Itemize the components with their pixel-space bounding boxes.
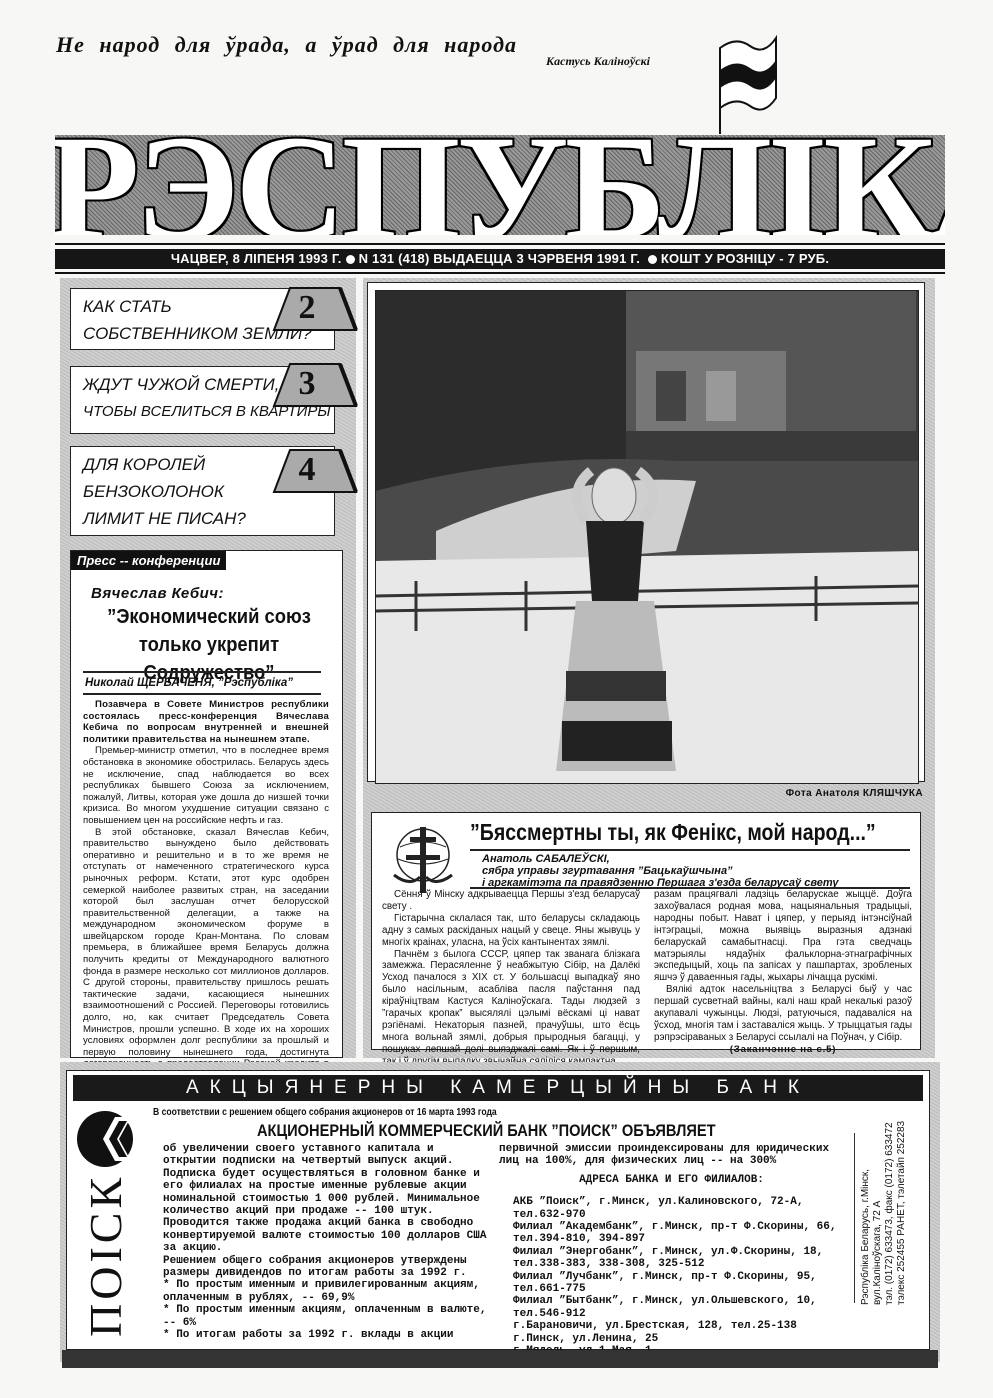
divider [470,849,910,851]
bullet-icon [346,255,355,264]
poisk-logo: ПОІСК [75,1107,139,1339]
bank-logo-icon [75,1107,139,1171]
front-photo [375,290,919,784]
address-item: АКБ ”Поиск”, г.Минск, ул.Калиновского, 7… [499,1196,844,1221]
article-column-1: Сёння ў Мінску адкрываецца Першы з'езд б… [382,889,640,1068]
article-headline: ”Бяссмертны ты, як Фенікс, мой народ...” [470,819,876,846]
issue-number: N 131 (418) ВЫДАЕЦЦА 3 ЧЭРВЕНЯ 1991 Г. [359,251,640,266]
congress-article-frame: ”Бяссмертны ты, як Фенікс, мой народ...”… [363,808,935,1058]
logo-wordmark: ПОІСК [79,1174,132,1337]
address-item: г.Пинск, ул.Ленина, 25 [499,1333,844,1345]
divider [83,693,321,695]
ad-banner: АКЦЫЯНЕРНЫ КАМЕРЦЫЙНЫ БАНК [73,1075,923,1101]
divider [83,671,321,673]
page-number: 4 [299,451,316,489]
congress-emblem-icon [380,817,466,897]
ad-paragraph: Решением общего собрания акционеров утве… [149,1255,489,1267]
paragraph: Вялікі адток насельніцтва з Беларусі быў… [654,984,912,1044]
contact-line: Рэспубліка Беларусь, г.Мінск, [860,1121,872,1305]
paragraph: Премьер-министр отметил, что в последнее… [83,745,329,826]
article-body: Позавчера в Совете Министров республики … [83,699,329,1116]
paragraph: Пачнём з былога СССР, цяпер так званага … [382,949,640,1068]
address-item: Филиал ”Лучбанк”, г.Минск, пр-т Ф.Скорин… [499,1271,844,1296]
masthead-banner: РЭСПУБЛІКА [55,135,945,235]
article-column-2: разам працягвалі ладзіць беларускае жыцц… [654,889,912,1056]
issue-date: ЧАЦВЕР, 8 ЛІПЕНЯ 1993 Г. [171,251,342,266]
author-role: сябра управы згуртавання ”Бацькаўшчына” [482,865,838,877]
section-label: Пресс -- конференции [71,551,226,570]
dateline: ЧАЦВЕР, 8 ЛІПЕНЯ 1993 Г.N 131 (418) ВЫДА… [55,249,945,269]
dateline-rule [55,272,945,274]
lead-paragraph: Позавчера в Совете Министров республики … [83,699,329,745]
byline: Николай ЩЕРБАЧЕНЯ, ”Рэспубліка” [85,677,293,689]
article-speaker: Вячеслав Кебич: [91,585,224,602]
belarus-flag-icon [716,30,780,134]
ad-paragraph: об увеличении своего уставного капитала … [149,1143,489,1168]
ad-paragraph: * По простым именным акциям, оплаченным … [149,1304,489,1329]
continued-link[interactable]: (Заканчэнне на с.5) [654,1044,912,1056]
bottom-rule [62,1350,938,1368]
ad-paragraph: Проводится также продажа акций банка в с… [149,1217,489,1254]
article-author: Анатоль САБАЛЕЎСКІ, сябра управы згуртав… [482,853,838,889]
left-column: Как стать собственником земли? 2 Ждут чу… [60,278,356,1058]
photo-frame: Фота Анатоля КЛЯШЧУКА [363,278,935,808]
contact-line: тэл. (0172) 633473, факс (0172) 633472 [884,1121,896,1305]
addresses-title: АДРЕСА БАНКА И ЕГО ФИЛИАЛОВ: [499,1174,844,1186]
bank-ad-frame: АКЦЫЯНЕРНЫ КАМЕРЦЫЙНЫ БАНК ПОІСК В соотв… [60,1062,940,1362]
teaser-line: лимит не писан? [83,505,334,532]
headline-line: ”Экономический союз [89,603,328,631]
contact-line: вул.Каліноўскага, 72 А [872,1121,884,1305]
ad-paragraph: * По простым именным и привилегированным… [149,1279,489,1304]
paragraph: Гістарычна склалася так, што беларусы ск… [382,913,640,949]
article-headline: ”Экономический союз только укрепит Содру… [89,603,328,687]
newspaper-contacts: Рэспубліка Беларусь, г.Мінск, вул.Каліно… [860,1121,908,1305]
masthead-motto: Не народ для ўрада, а ўрад для народа [56,32,517,58]
page-number: 2 [299,289,316,327]
ad-paragraph: Подписка будет осуществляться в головном… [149,1168,489,1218]
page-badge: 3 [272,362,342,406]
author-name: Анатоль САБАЛЕЎСКІ, [482,853,838,865]
issue-price: КОШТ У РОЗНІЦУ - 7 РУБ. [661,251,829,266]
ad-paragraph: размеры дивидендов по итогам работы за 1… [149,1267,489,1279]
ad-column-1: об увеличении своего уставного капитала … [149,1143,489,1342]
divider [854,1133,855,1303]
press-conference-article: Пресс -- конференции Вячеслав Кебич: ”Эк… [70,550,343,1058]
paragraph: разам працягвалі ладзіць беларускае жыцц… [654,889,912,984]
address-item: Филиал ”Бытбанк”, г.Минск, ул.Ольшевског… [499,1295,844,1320]
congress-article: ”Бяссмертны ты, як Фенікс, мой народ...”… [371,812,921,1050]
ad-paragraph: первичной эмиссии проиндексированы для ю… [499,1143,844,1168]
address-item: Филиал ”Академбанк”, г.Минск, пр-т Ф.Ско… [499,1221,844,1246]
contact-line: тэлекс 252455 РАНЕТ, тэлетайп 252283 [896,1121,908,1305]
ad-headline: АКЦИОНЕРНЫЙ КОММЕРЧЕСКИЙ БАНК ”ПОИСК” ОБ… [257,1121,716,1141]
paragraph: Сёння ў Мінску адкрываецца Першы з'езд б… [382,889,640,913]
ad-column-2: первичной эмиссии проиндексированы для ю… [499,1143,844,1358]
page-number: 3 [299,365,316,403]
photo-credit: Фота Анатоля КЛЯШЧУКА [786,788,923,799]
motto-author: Кастусь Каліноўскі [546,54,650,69]
ad-paragraph: * По итогам работы за 1992 г. вклады в а… [149,1329,489,1341]
bank-ad: АКЦЫЯНЕРНЫ КАМЕРЦЫЙНЫ БАНК ПОІСК В соотв… [66,1070,930,1350]
masthead-rule [55,243,945,245]
woman-in-folk-costume-image [376,291,918,783]
page-badge: 2 [272,286,342,330]
page-badge: 4 [272,448,342,492]
bullet-icon [648,255,657,264]
address-item: г.Барановичи, ул.Брестская, 128, тел.25-… [499,1320,844,1332]
newspaper-title: РЭСПУБЛІКА [55,135,945,235]
ad-intro: В соответствии с решением общего собрани… [153,1107,497,1118]
address-item: Филиал ”Энергобанк”, г.Минск, ул.Ф.Скори… [499,1246,844,1271]
